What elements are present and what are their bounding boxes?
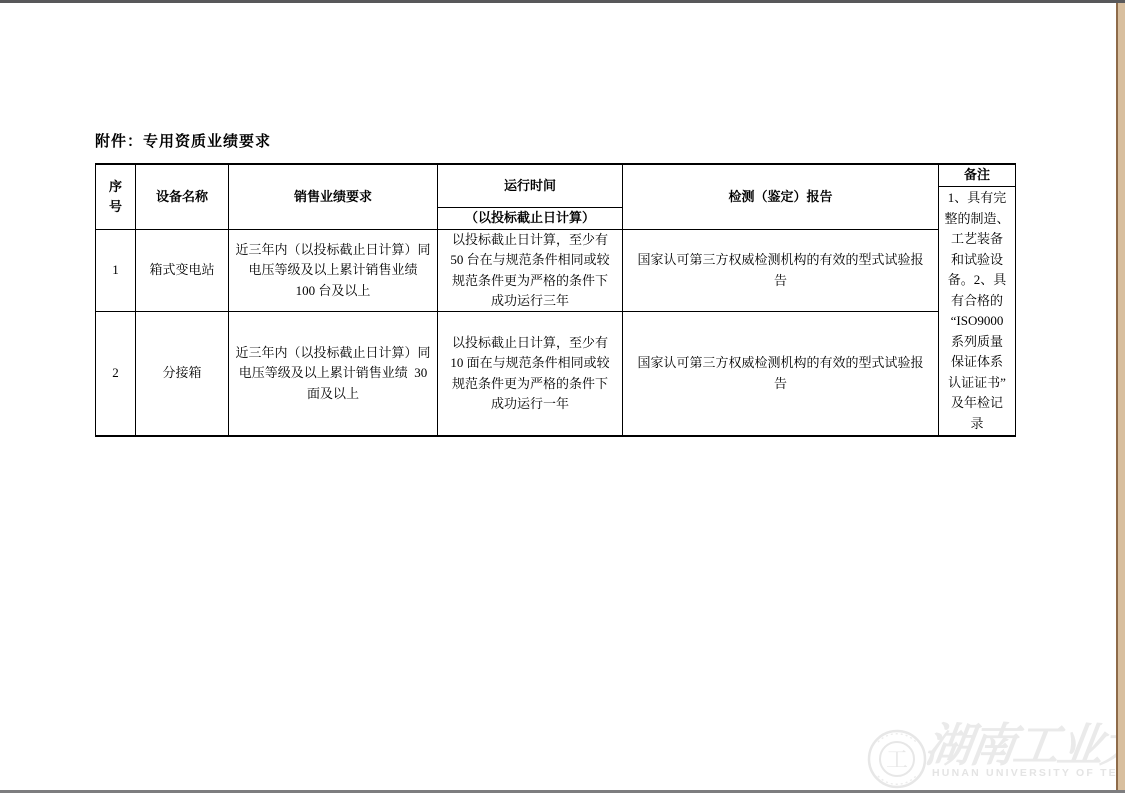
- header-sales-requirement: 销售业绩要求: [229, 165, 438, 230]
- page-right-margin: [1118, 3, 1125, 790]
- header-no: 序 号: [96, 165, 136, 230]
- watermark-cn-text: 湖南工业大学: [921, 709, 1114, 775]
- row1-sales-cell: 近三年内（以投标截止日计算）同 电压等级及以上累计销售业绩 100 台及以上: [229, 230, 438, 312]
- header-runtime-subnote: （以投标截止日计算）: [438, 208, 623, 230]
- row1-no-cell: 1: [96, 230, 136, 312]
- row2-report-cell: 国家认可第三方权威检测机构的有效的型式试验报 告: [623, 312, 939, 435]
- remark-body-cell: 1、具有完 整的制造、 工艺装备 和试验设 备。2、具 有合格的 “ISO900…: [939, 187, 1015, 435]
- row1-device-cell: 箱式变电站: [136, 230, 229, 312]
- row2-device-cell: 分接箱: [136, 312, 229, 435]
- document-page: { "page": { "title": "附件：专用资质业绩要求" }, "t…: [0, 0, 1125, 796]
- row2-no-cell: 2: [96, 312, 136, 435]
- qualification-table: 序 号 设备名称 销售业绩要求 运行时间 （以投标截止日计算） 检测（鉴定）报告…: [95, 163, 1016, 437]
- watermark-en-text: HUNAN UNIVERSITY OF TECHNOLOGY: [932, 767, 1125, 779]
- row1-report-cell: 国家认可第三方权威检测机构的有效的型式试验报 告: [623, 230, 939, 312]
- row2-runtime-cell: 以投标截止日计算，至少有 10 面在与规范条件相同或较 规范条件更为严格的条件下…: [438, 312, 623, 435]
- row2-sales-cell: 近三年内（以投标截止日计算）同 电压等级及以上累计销售业绩 30 面及以上: [229, 312, 438, 435]
- header-device-name: 设备名称: [136, 165, 229, 230]
- page-title: 附件：专用资质业绩要求: [95, 130, 271, 151]
- university-watermark: 工 湖南工业大学 HUNAN UNIVERSITY OF TECHNOLOGY: [860, 715, 1110, 790]
- svg-text:工: 工: [886, 747, 908, 772]
- window-bottom-edge: [0, 790, 1125, 793]
- header-runtime: 运行时间: [438, 165, 623, 208]
- university-seal-icon: 工: [866, 728, 928, 790]
- row1-runtime-cell: 以投标截止日计算，至少有 50 台在与规范条件相同或较 规范条件更为严格的条件下…: [438, 230, 623, 312]
- window-top-edge: [0, 0, 1125, 3]
- header-test-report: 检测（鉴定）报告: [623, 165, 939, 230]
- header-remark: 备注: [939, 165, 1015, 187]
